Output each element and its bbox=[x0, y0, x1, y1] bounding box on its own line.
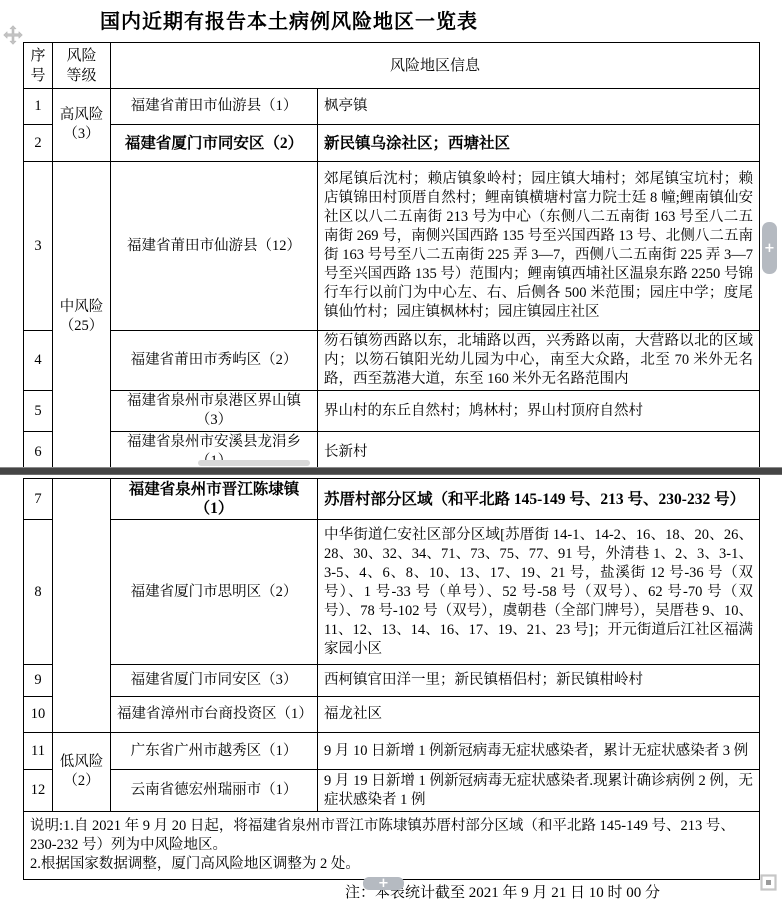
cell-area: 福建省莆田市仙游县（1） bbox=[111, 89, 318, 125]
header-risk-level: 风险 等级 bbox=[53, 43, 111, 89]
cell-area: 福建省泉州市晋江陈埭镇（1） bbox=[111, 479, 318, 520]
table-resize-handle[interactable] bbox=[760, 874, 777, 891]
cell-detail: 界山村的东丘自然村；鸠林村；界山村顶府自然村 bbox=[318, 391, 760, 432]
header-seq: 序 号 bbox=[24, 43, 53, 89]
cell-area: 福建省莆田市仙游县（12） bbox=[111, 162, 318, 331]
table-note-row: 说明:1.自 2021 年 9 月 20 日起，将福建省泉州市晋江市陈埭镇苏厝村… bbox=[24, 812, 760, 880]
cell-risk-level-medium-continued bbox=[53, 479, 111, 733]
vertical-scrollbar-thumb[interactable]: + bbox=[762, 222, 777, 274]
cell-detail: 郊尾镇后沈村；赖店镇象岭村；园庄镇大埔村；郊尾镇宝坑村；赖店镇锦田村顶厝自然村；… bbox=[318, 162, 760, 331]
cell-area: 福建省厦门市同安区（2） bbox=[111, 125, 318, 162]
table-row: 7 福建省泉州市晋江陈埭镇（1） 苏厝村部分区域（和平北路 145-149 号、… bbox=[24, 479, 760, 520]
cell-area: 福建省莆田市秀屿区（2） bbox=[111, 331, 318, 391]
cell-detail: 新民镇乌涂社区；西塘社区 bbox=[318, 125, 760, 162]
table-header-row: 序 号 风险 等级 风险地区信息 bbox=[24, 43, 760, 89]
table-row: 3 中风险 （25） 福建省莆田市仙游县（12） 郊尾镇后沈村；赖店镇象岭村；园… bbox=[24, 162, 760, 331]
move-cross-icon bbox=[3, 25, 23, 45]
table-row: 1 高风险 （3） 福建省莆田市仙游县（1） 枫亭镇 bbox=[24, 89, 760, 125]
risk-table-bottom: 7 福建省泉州市晋江陈埭镇（1） 苏厝村部分区域（和平北路 145-149 号、… bbox=[23, 478, 760, 880]
cell-seq: 11 bbox=[24, 733, 53, 770]
cell-seq: 7 bbox=[24, 479, 53, 520]
cell-seq: 12 bbox=[24, 770, 53, 812]
table-row: 10 福建省漳州市台商投资区（1） 福龙社区 bbox=[24, 697, 760, 733]
cell-seq: 4 bbox=[24, 331, 53, 391]
risk-table-top: 序 号 风险 等级 风险地区信息 1 高风险 （3） 福建省莆田市仙游县（1） … bbox=[23, 42, 760, 473]
cell-detail: 中华街道仁安社区部分区域[苏厝街 14-1、14-2、16、18、20、26、2… bbox=[318, 520, 760, 665]
table-row: 8 福建省厦门市思明区（2） 中华街道仁安社区部分区域[苏厝街 14-1、14-… bbox=[24, 520, 760, 665]
table-row: 5 福建省泉州市泉港区界山镇（3） 界山村的东丘自然村；鸠林村；界山村顶府自然村 bbox=[24, 391, 760, 432]
cell-detail: 西柯镇官田洋一里；新民镇梧侣村；新民镇柑岭村 bbox=[318, 665, 760, 697]
cell-area: 云南省德宏州瑞丽市（1） bbox=[111, 770, 318, 812]
horizontal-scrollbar-thumb[interactable]: + bbox=[363, 877, 404, 890]
table-row: 12 云南省德宏州瑞丽市（1） 9 月 19 日新增 1 例新冠病毒无症状感染者… bbox=[24, 770, 760, 812]
resize-squares-icon bbox=[760, 874, 777, 891]
cell-area: 福建省泉州市泉港区界山镇（3） bbox=[111, 391, 318, 432]
table-row: 4 福建省莆田市秀屿区（2） 笏石镇笏西路以东，北埔路以西，兴秀路以南，大营路以… bbox=[24, 331, 760, 391]
horizontal-scrollbar-thumb-top[interactable] bbox=[198, 460, 310, 466]
cell-seq: 9 bbox=[24, 665, 53, 697]
page-title: 国内近期有报告本土病例风险地区一览表 bbox=[100, 5, 478, 34]
cell-seq: 5 bbox=[24, 391, 53, 432]
window-split-bar[interactable] bbox=[0, 467, 782, 475]
cell-area: 福建省厦门市思明区（2） bbox=[111, 520, 318, 665]
cell-detail: 9 月 19 日新增 1 例新冠病毒无症状感染者.现累计确诊病例 2 例，无症状… bbox=[318, 770, 760, 812]
cell-seq: 2 bbox=[24, 125, 53, 162]
cell-seq: 1 bbox=[24, 89, 53, 125]
cell-risk-level-medium: 中风险 （25） bbox=[53, 162, 111, 473]
cell-detail: 笏石镇笏西路以东，北埔路以西，兴秀路以南，大营路以北的区域内；以笏石镇阳光幼儿园… bbox=[318, 331, 760, 391]
cell-detail: 9 月 10 日新增 1 例新冠病毒无症状感染者，累计无症状感染者 3 例 bbox=[318, 733, 760, 770]
cell-area: 广东省广州市越秀区（1） bbox=[111, 733, 318, 770]
cell-seq: 8 bbox=[24, 520, 53, 665]
cell-detail: 苏厝村部分区域（和平北路 145-149 号、213 号、230-232 号） bbox=[318, 479, 760, 520]
table-row: 2 福建省厦门市同安区（2） 新民镇乌涂社区；西塘社区 bbox=[24, 125, 760, 162]
cell-area: 福建省漳州市台商投资区（1） bbox=[111, 697, 318, 733]
cell-explanation-note: 说明:1.自 2021 年 9 月 20 日起，将福建省泉州市晋江市陈埭镇苏厝村… bbox=[24, 812, 760, 880]
plus-icon: + bbox=[764, 242, 775, 255]
plus-icon: + bbox=[378, 877, 389, 890]
header-risk-info: 风险地区信息 bbox=[111, 43, 760, 89]
cell-area: 福建省厦门市同安区（3） bbox=[111, 665, 318, 697]
document-page: 国内近期有报告本土病例风险地区一览表 序 号 风险 等级 风险地区信息 1 高风… bbox=[0, 0, 782, 902]
cell-detail: 枫亭镇 bbox=[318, 89, 760, 125]
table-move-handle[interactable] bbox=[3, 25, 23, 45]
cell-seq: 10 bbox=[24, 697, 53, 733]
table-row: 11 低风险 （2） 广东省广州市越秀区（1） 9 月 10 日新增 1 例新冠… bbox=[24, 733, 760, 770]
cell-risk-level-high: 高风险 （3） bbox=[53, 89, 111, 162]
cell-risk-level-low: 低风险 （2） bbox=[53, 733, 111, 812]
cell-detail: 福龙社区 bbox=[318, 697, 760, 733]
cell-seq: 3 bbox=[24, 162, 53, 331]
table-row: 9 福建省厦门市同安区（3） 西柯镇官田洋一里；新民镇梧侣村；新民镇柑岭村 bbox=[24, 665, 760, 697]
